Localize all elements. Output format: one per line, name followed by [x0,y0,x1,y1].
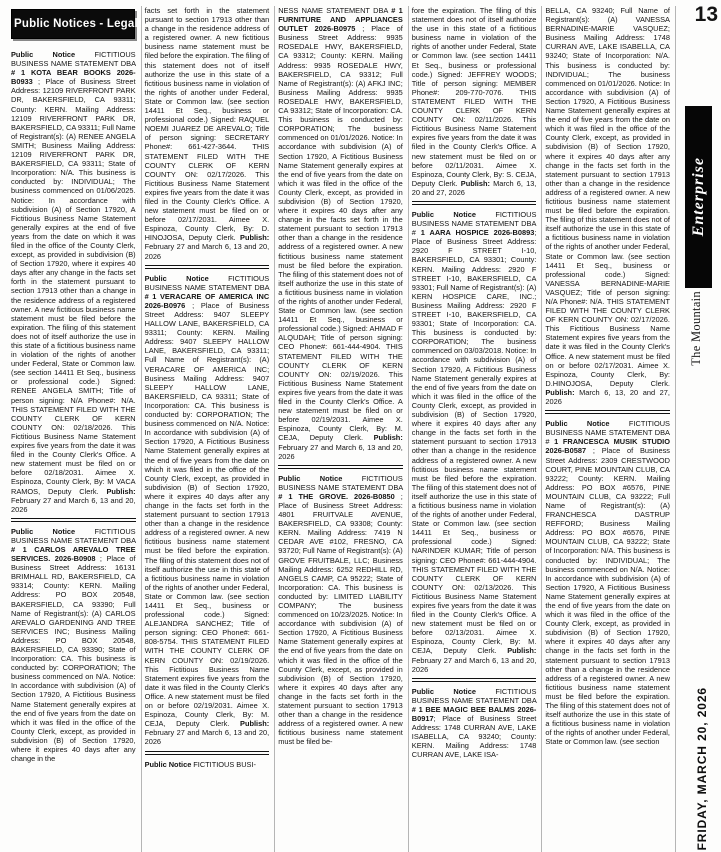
notice-plain-run: ; Place of Business Street Address: 9407… [145,301,270,728]
masthead-the-mountain-label: The Mountain [689,291,704,366]
column-2-notices: facts set forth in the statement pursuan… [145,6,270,769]
notice-bold-run: Public Notice [145,760,192,769]
notice-text: Public Notice FICTITIOUS BUSINESS NAME S… [545,419,670,746]
notice-text: Public Notice FICTITIOUS BUSINESS NAME S… [278,474,403,747]
notice-bold-run: Publish: [374,433,403,442]
notice-bold-run: Publish: [507,646,536,655]
column-5: BELLA, CA 93240; Full Name of Registrant… [542,6,676,852]
notice-bold-run: Public Notice [412,687,476,696]
notice-plain-run: FICTITIOUS BUSI- [191,760,256,769]
notice-text: Public Notice FICTITIOUS BUSINESS NAME S… [412,210,537,674]
column-2: facts set forth in the statement pursuan… [142,6,276,852]
notice-divider [412,201,537,205]
notice-text: Public Notice FICTITIOUS BUSINESS NAME S… [11,527,136,763]
legals-content: Public Notices - Legals Public Notice FI… [0,0,676,852]
notice-bold-run: Public Notice [545,419,609,428]
column-5-notices: BELLA, CA 93240; Full Name of Registrant… [545,6,670,747]
masthead-logo-box: Enterprise [685,106,712,288]
notice-plain-run: ; Place of Business Street Address: 4801… [278,492,403,747]
notice-bold-run: Public Notice [412,210,476,219]
notice-bold-run: Publish: [240,233,269,242]
page-number: 13 [695,3,718,27]
notice-divider [145,265,270,269]
notice-plain-run: facts set forth in the statement pursuan… [145,6,270,242]
masthead-sidebar: 13 Enterprise The Mountain FRIDAY, MARCH… [676,0,721,852]
section-header: Public Notices - Legals [11,9,135,39]
masthead-enterprise-label: Enterprise [690,157,708,236]
notice-text: Public Notice FICTITIOUS BUSINESS NAME S… [11,50,136,514]
column-4: fore the expiration. The filing of this … [409,6,543,852]
notice-plain-run: February 27 and March 6, 13 and 20, 2026 [145,728,270,746]
notice-bold-run: Public Notice [145,274,209,283]
notice-bold-run: 1 AARA HOSPICE 2026-B0893 [421,228,535,237]
notice-text: Public Notice FICTITIOUS BUSINESS NAME S… [145,274,270,747]
notice-text: NESS NAME STATEMENT DBA # 1 FURNITURE AN… [278,6,403,461]
notice-bold-run: Public Notice [11,527,75,536]
notice-plain-run: ; Place of Business Street Address: 1210… [11,77,136,495]
notice-bold-run: Publish: [545,388,574,397]
notice-text: BELLA, CA 93240; Full Name of Registrant… [545,6,670,406]
notice-plain-run: ; Place of Business Street Address: 2920… [412,228,537,655]
notice-bold-run: Publish: [240,719,269,728]
notice-plain-run: ; Place of Business Street Address: 9935… [278,24,403,442]
notice-plain-run: NESS NAME STATEMENT DBA [278,6,391,15]
column-1: Public Notices - Legals Public Notice FI… [8,6,142,852]
notice-bold-run: # 1 THE GROVE. 2026-B0850 [278,492,395,501]
column-3: NESS NAME STATEMENT DBA # 1 FURNITURE AN… [275,6,409,852]
newspaper-page: Public Notices - Legals Public Notice FI… [0,0,721,852]
notice-divider [545,410,670,414]
notice-plain-run: ; Place of Business Street Address: 2309… [545,446,670,746]
column-4-notices: fore the expiration. The filing of this … [412,6,537,760]
notice-divider [145,751,270,755]
notice-plain-run: February 27 and March 6, 13 and 20, 2026 [412,656,537,674]
column-3-notices: NESS NAME STATEMENT DBA # 1 FURNITURE AN… [278,6,403,747]
notice-plain-run: February 27 and March 6, 13 and 20, 2026 [11,496,136,514]
notice-plain-run: fore the expiration. The filing of this … [412,6,537,188]
notice-divider [11,518,136,522]
edition-date: FRIDAY, MARCH 20, 2026 [695,687,709,850]
notice-text: Public Notice FICTITIOUS BUSI- [145,760,270,769]
notice-plain-run: BELLA, CA 93240; Full Name of Registrant… [545,6,670,388]
notice-plain-run: February 27 and March 6, 13 and 20, 2026 [145,242,270,260]
notice-text: facts set forth in the statement pursuan… [145,6,270,261]
notice-plain-run: February 27 and March 6, 13 and 20, 2026 [278,443,403,461]
notice-divider [412,678,537,682]
notice-bold-run: Publish: [106,487,135,496]
column-1-notices: Public Notice FICTITIOUS BUSINESS NAME S… [11,50,136,763]
notice-bold-run: Public Notice [278,474,342,483]
notice-divider [278,465,403,469]
notice-bold-run: Public Notice [11,50,75,59]
notice-plain-run: ; Place of Business Street Address: 1613… [11,554,136,763]
notice-text: Public Notice FICTITIOUS BUSINESS NAME S… [412,687,537,760]
notice-bold-run: Publish: [461,179,490,188]
notice-text: fore the expiration. The filing of this … [412,6,537,197]
